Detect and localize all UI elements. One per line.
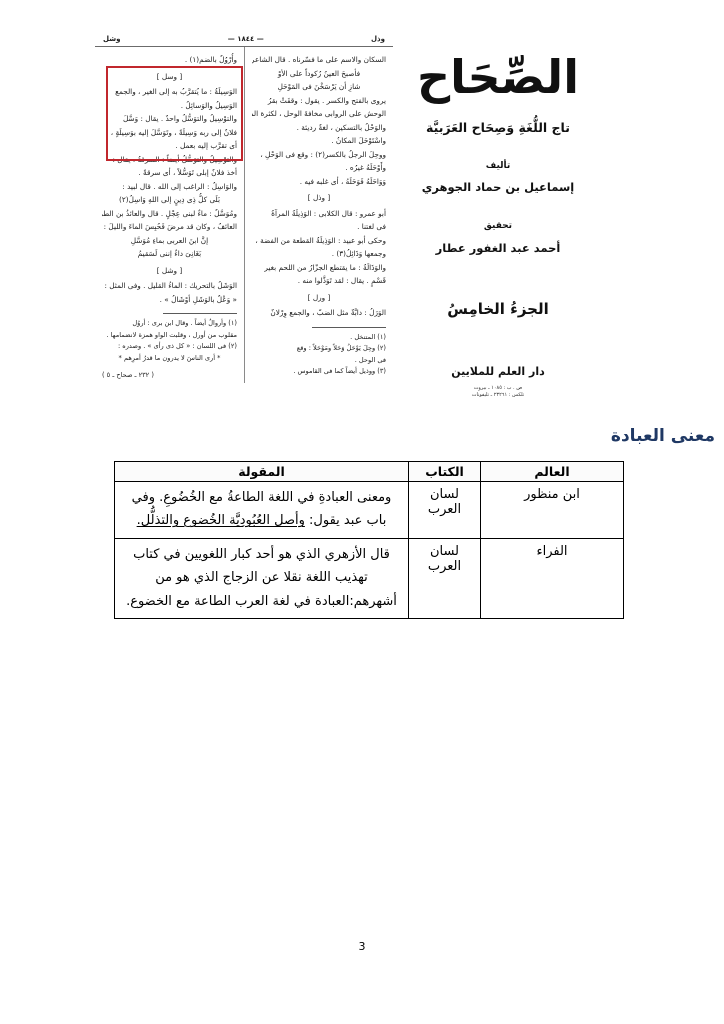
scan-text-line: أى تقرَّب إليه بعمل . — [102, 139, 237, 153]
scan-text-line: العائفُ ، وكان قد مرضَ فَحُبِسَ الماءَ و… — [102, 220, 237, 234]
scan-header-right-word: وذل — [371, 34, 385, 44]
scan-text-line: واسْتَوْحَلَ المكانُ . — [252, 134, 386, 148]
page-number: 3 — [0, 940, 724, 953]
scan-text-line: وحكى أبو عبيد : الوَذِيلَةُ القطعة من ال… — [252, 234, 386, 248]
scan-footnote-line: مقلوب من أورل ، وقلبت الواو همزة لانضمام… — [102, 330, 237, 342]
publisher-note: ص . ب : ١٠٨٥ ـ بيروت — [393, 385, 603, 391]
scan-footnote-line: (٣) ووذيل أيضاً كما فى القاموس . — [252, 366, 386, 378]
scan-text-line: قَسْمٍ . يقال : لقد تَوَذَّلوا منه . — [252, 274, 386, 288]
scan-columns: السكان والاسم على ما فسّرناه . قال الشاع… — [95, 47, 393, 383]
scan-text-line: وَوَاحَلَهُ فَوَحَلَهُ ، أى غلبه فيه . — [252, 175, 386, 189]
scan-text-line: والتوْسِيلُ والتوَسُّلُ واحدٌ . يقال : و… — [102, 112, 237, 126]
author-label: تأليف — [393, 161, 603, 171]
scan-column-right: السكان والاسم على ما فسّرناه . قال الشاع… — [244, 47, 393, 383]
scan-text-line: الوَرَلُ : دابَّةٌ مثل الضبّ ، والجمع وِ… — [252, 306, 386, 320]
scan-text-line: [ وذل ] — [252, 191, 386, 205]
scan-text-line: شازِ أن يَرْسَخْنَ فى المَوْحَلِ — [252, 80, 386, 94]
scan-text-line: فى لغتنا . — [252, 220, 386, 234]
document-page: وذل — ١٨٤٤ — وشل السكان والاسم على ما فس… — [0, 0, 724, 1024]
scan-text-line: وأَوْحَلَهُ غيرُه . — [252, 161, 386, 175]
scan-text-line: ومُوَسَّلٌ : ماءٌ لبنى عِجْلٍ . قال والع… — [102, 207, 237, 221]
quotes-table-container: العالم الكتاب المقولة ابن منظور لسان الع… — [114, 461, 624, 619]
section-heading: معنى العبادة — [611, 426, 715, 446]
scan-left-text: وأُرْوُلٌ بالضم(١) .[ وسل ]الوَسِيلَةُ :… — [102, 53, 237, 306]
table-row: الفراء لسان العرب قال الأزهري الذي هو أح… — [115, 538, 624, 618]
scan-text-line: فلانٌ إلى ربه وَسِيلَةً ، وتَوَسَّلَ إلي… — [102, 126, 237, 140]
editor-label: تحقيق — [393, 221, 603, 231]
scan-text-line: السكان والاسم على ما فسّرناه . قال الشاع… — [252, 53, 386, 67]
cell-quote: قال الأزهري الذي هو أحد كبار اللغويين في… — [115, 538, 409, 618]
cell-book: لسان العرب — [409, 538, 481, 618]
scan-text-line: أخذ فلانٌ إبلى تَوَسُّلاً ، أى سرقةً . — [102, 166, 237, 180]
scan-footnote-line: (١) وأُروالٌ أيضاً . وقال ابن برى : أُرو… — [102, 318, 237, 330]
scan-column-left: وأُرْوُلٌ بالضم(١) .[ وسل ]الوَسِيلَةُ :… — [95, 47, 244, 383]
scan-title-page: الصِّحَاح تاج اللُّغَةِ وَصِحَاح العَرَب… — [393, 28, 603, 420]
book-subtitle: تاج اللُّغَةِ وَصِحَاح العَرَبيَّة — [393, 120, 603, 135]
author-name: إسماعيل بن حماد الجوهري — [393, 180, 603, 194]
scan-footnote-line: فى الوحل . — [252, 355, 386, 367]
scan-text-line: والوَحْلُ بالتسكين ، لغةٌ رديئة . — [252, 121, 386, 135]
quote-text: قال الأزهري الذي هو أحد كبار اللغويين في… — [126, 547, 397, 609]
scan-page-header: وذل — ١٨٤٤ — وشل — [95, 32, 393, 47]
scan-text-line: فأصبحَ العينُ رُكوداً على الأوْ — [252, 67, 386, 81]
scan-text-line: [ وشل ] — [102, 264, 237, 278]
quotes-table: العالم الكتاب المقولة ابن منظور لسان الع… — [114, 461, 624, 619]
table-header-scholar: العالم — [481, 462, 624, 482]
scan-text-line: وجمعها وَذَائِلُ(٣) . — [252, 247, 386, 261]
scan-dictionary-page: وذل — ١٨٤٤ — وشل السكان والاسم على ما فس… — [95, 32, 393, 424]
scan-footnote-line: (١) المتنخل . — [252, 332, 386, 344]
scan-text-line: والوَذَالَةُ : ما يقتطع الجزّارُ من اللح… — [252, 261, 386, 275]
scan-text-line: والوَاسِلُ : الراغب إلى الله . قال لبيد … — [102, 180, 237, 194]
footnote-separator — [163, 313, 237, 314]
scan-text-line: والتوْسِيلُ والتوَسُّلُ أيضاً : السرقةُ … — [102, 153, 237, 167]
scan-text-line: بَلَى كلُّ ذِى دِينٍ إلى اللهِ وَاسِلُ(٢… — [102, 193, 237, 207]
scan-text-line: الوَشَلُ بالتحريك : الماءُ القليل . وفى … — [102, 279, 237, 293]
footnote-separator — [312, 327, 386, 328]
scan-text-line: يروى بالفتح والكسر . يقول : وقفَتْ بقرُ — [252, 94, 386, 108]
scan-text-line: الوحش على الروابى مخافةَ الوحل ، لكثرة ا… — [252, 107, 386, 121]
scan-right-footnotes: (١) المتنخل .(٢) وحِلَ يَوْحَلُ وَحَلاً … — [252, 332, 386, 378]
scan-text-line: الوَسِيلَةُ : ما يُتقرَّبُ به إلى الغير … — [102, 85, 237, 99]
scan-footnote-line: (٢) وحِلَ يَوْحَلُ وَحَلاً ومَوْحَلاً : … — [252, 343, 386, 355]
scan-text-line: الوَسِيلُ والوَسائِلُ . — [102, 99, 237, 113]
scan-volume-signature: ( ٢٣٢ ـ صحاح ـ ٥ ) — [102, 369, 237, 383]
publisher-note: تلكس : ٢٣٢٦١ ـ تليفونات — [393, 392, 603, 398]
scan-header-left-word: وشل — [103, 34, 120, 44]
cell-book: لسان العرب — [409, 482, 481, 539]
table-row: ابن منظور لسان العرب ومعنى العبادةِ في ا… — [115, 482, 624, 539]
scan-text-line: ووحِلَ الرجلُ بالكسر(٢) : وقع فى الوَحْل… — [252, 148, 386, 162]
book-title: الصِّحَاح — [393, 52, 603, 103]
table-header-row: العالم الكتاب المقولة — [115, 462, 624, 482]
scan-footnote-line: (٢) فى اللسان : « كل ذى رأى » . وصدره : — [102, 341, 237, 353]
scan-header-page-number: — ١٨٤٤ — — [228, 34, 264, 44]
scan-text-line: بَغَانِىَ داءٌ إننى لَسَقيمُ — [102, 247, 237, 261]
cell-scholar: ابن منظور — [481, 482, 624, 539]
table-header-quote: المقولة — [115, 462, 409, 482]
cell-scholar: الفراء — [481, 538, 624, 618]
scan-text-line: [ ورل ] — [252, 291, 386, 305]
scan-text-line: إنَّ ابنَ العربى بماءِ مُوَسَّلِ — [102, 234, 237, 248]
quote-underlined-text: وأصل العُبُودِيَّة الخُضوع والتذلُّل. — [137, 513, 305, 528]
editor-name: أحمد عبد الغفور عطار — [393, 241, 603, 255]
scan-footnote-line: * أرى الناسَ لا يدرون ما قدرُ أمرِهم * — [102, 353, 237, 365]
scan-text-line: وأُرْوُلٌ بالضم(١) . — [102, 53, 237, 67]
scan-text-line: [ وسل ] — [102, 70, 237, 84]
scan-left-footnotes: (١) وأُروالٌ أيضاً . وقال ابن برى : أُرو… — [102, 318, 237, 364]
cell-quote: ومعنى العبادةِ في اللغة الطاعةُ مع الخُض… — [115, 482, 409, 539]
table-header-book: الكتاب — [409, 462, 481, 482]
scan-right-text: السكان والاسم على ما فسّرناه . قال الشاع… — [252, 53, 386, 320]
scan-text-line: « وَعْلٌ بالوَشَلِ أوْشَالُ » . — [102, 293, 237, 307]
publisher-name: دار العلم للملايين — [393, 365, 603, 378]
volume-label: الجزءُ الخامِسُ — [393, 300, 603, 318]
scan-text-line: أبو عمرو : قال الكلابى : الوَذِيلَةُ الم… — [252, 207, 386, 221]
